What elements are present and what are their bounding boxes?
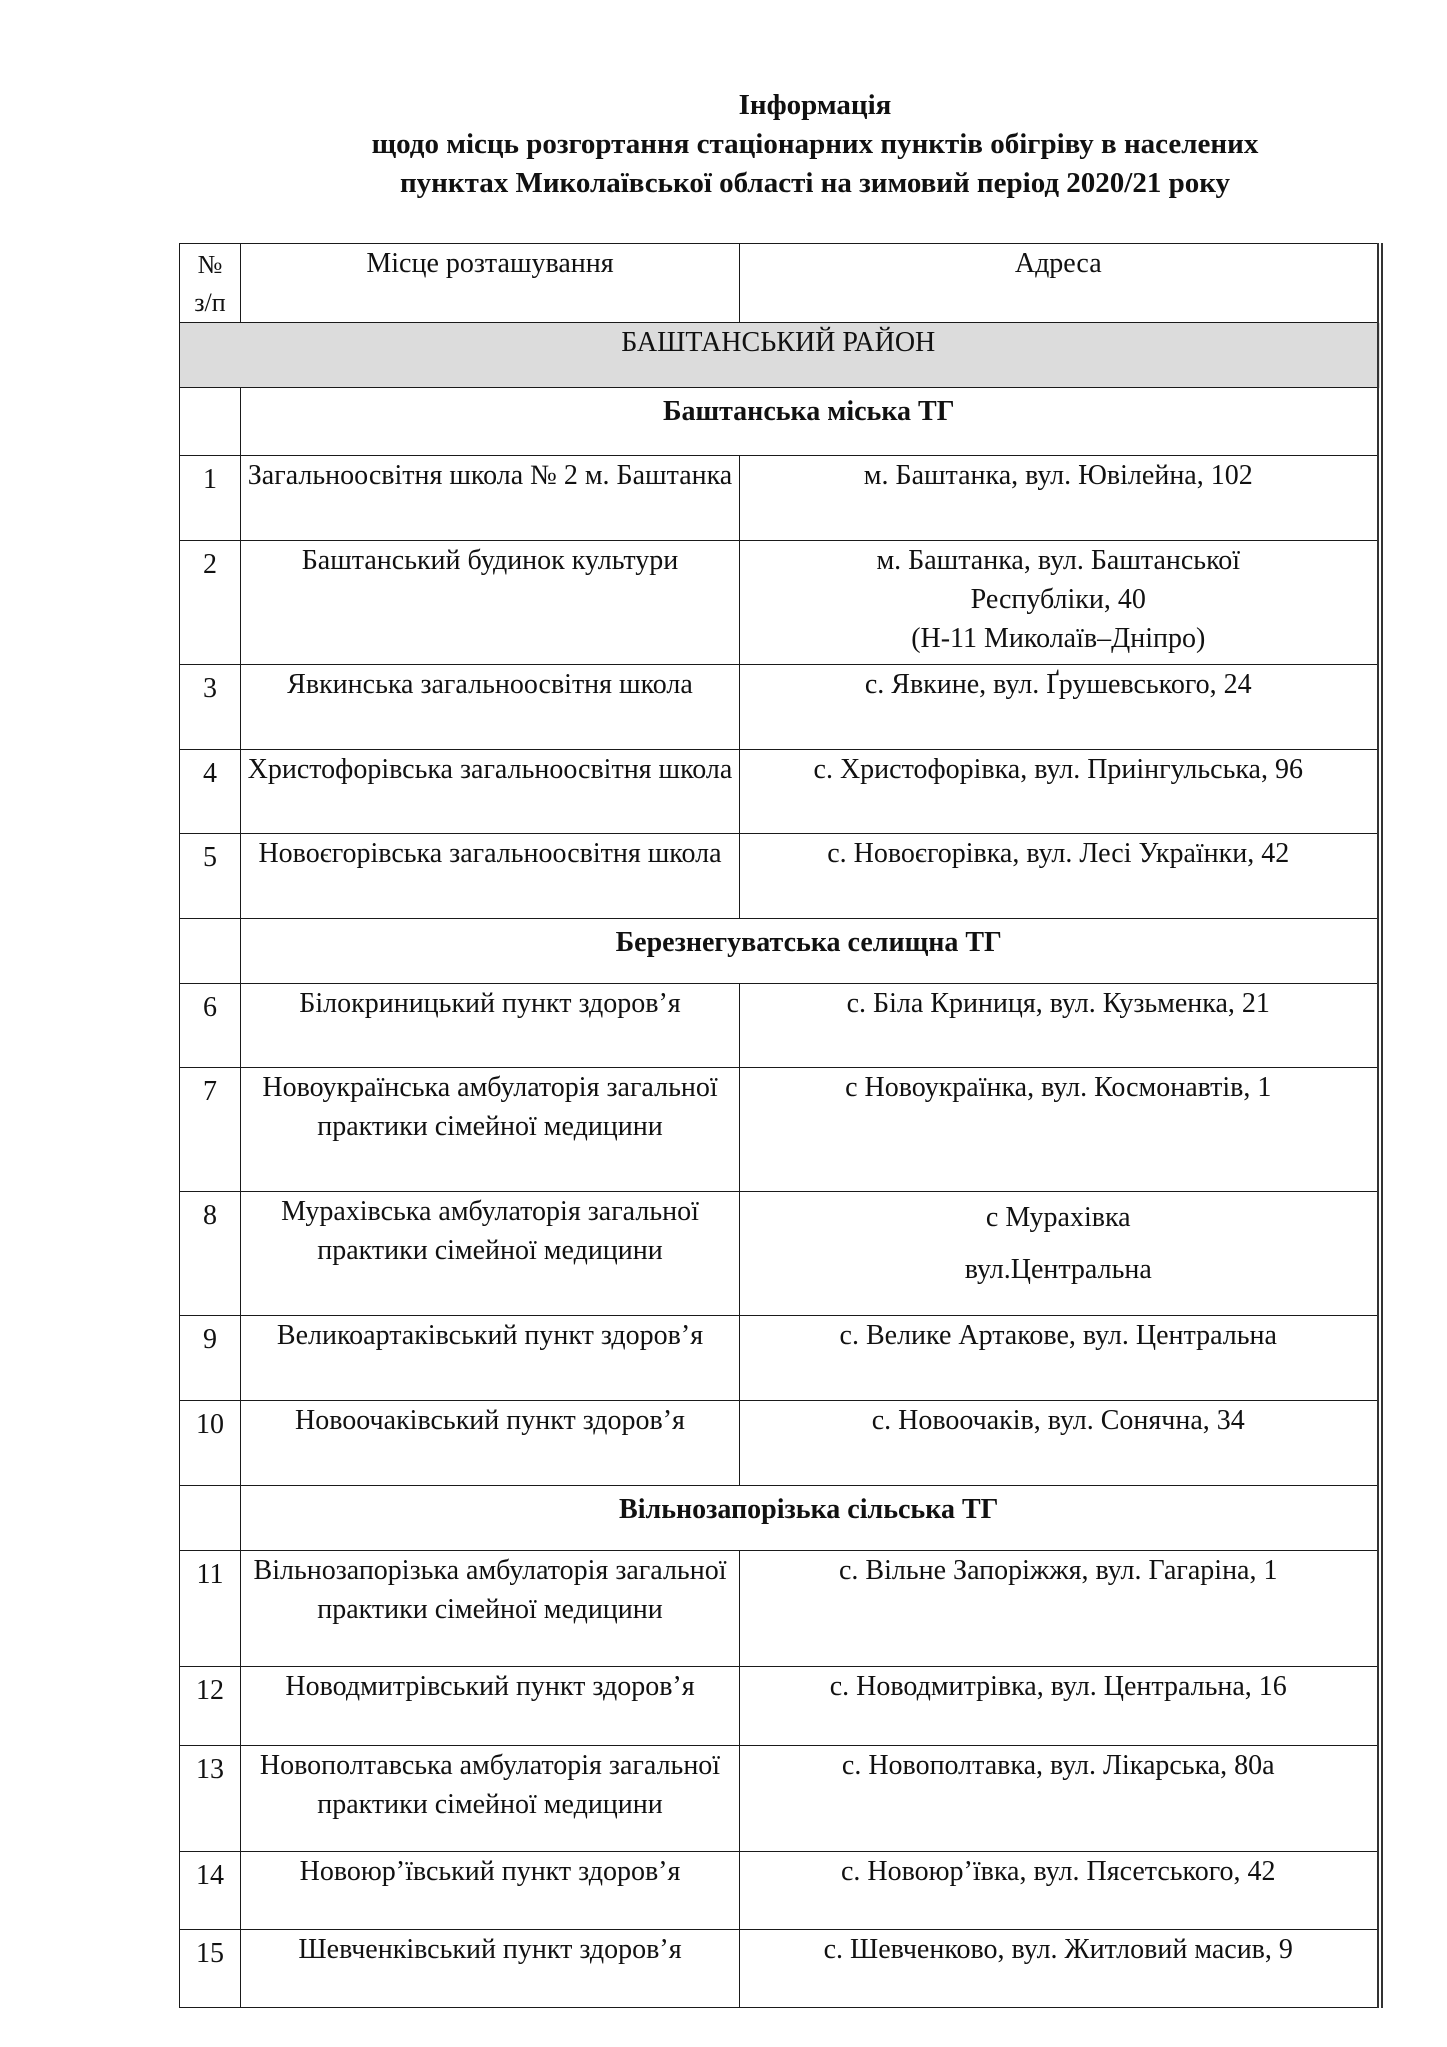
table-row: 7Новоукраїнська амбулаторія загальної пр… [180,1068,1380,1192]
row-address: м. Баштанка, вул. Ювілейна, 102 [740,456,1380,541]
address-line: с. Явкине, вул. Ґрушевського, 24 [746,665,1371,704]
table-row: 1Загальноосвітня школа № 2 м. Баштанкам.… [180,456,1380,541]
address-line: с Мурахівка [746,1192,1371,1244]
address-line: с. Новоочаків, вул. Сонячна, 34 [746,1401,1371,1440]
row-address: м. Баштанка, вул. БаштанськоїРеспубліки,… [740,541,1380,665]
header-address: Адреса [740,244,1380,323]
row-place: Вільнозапорізька амбулаторія загальної п… [241,1551,740,1667]
row-address: с. Новодмитрівка, вул. Центральна, 16 [740,1667,1380,1746]
table-row: 4Христофорівська загальноосвітня школас.… [180,750,1380,834]
address-line: с. Новоєгорівка, вул. Лесі Українки, 42 [746,834,1371,873]
row-address: с. Шевченково, вул. Житловий масив, 9 [740,1930,1380,2008]
community-row: Березнегуватська селищна ТГ [180,919,1380,984]
community-number-empty [180,1486,241,1551]
community-row: Вільнозапорізька сільська ТГ [180,1486,1380,1551]
row-place: Новодмитрівський пункт здоров’я [241,1667,740,1746]
row-number: 4 [180,750,241,834]
row-address: с. Христофорівка, вул. Приінгульська, 96 [740,750,1380,834]
address-line: (Н-11 Миколаїв–Дніпро) [746,619,1371,658]
address-line: с. Новополтавка, вул. Лікарська, 80а [746,1746,1371,1785]
row-place: Загальноосвітня школа № 2 м. Баштанка [241,456,740,541]
document-title: Інформація щодо місць розгортання стаціо… [180,86,1380,203]
row-number: 12 [180,1667,241,1746]
address-line: м. Баштанка, вул. Ювілейна, 102 [746,456,1371,495]
address-line: с. Біла Криниця, вул. Кузьменка, 21 [746,984,1371,1023]
row-place: Новоєгорівська загальноосвітня школа [241,834,740,919]
table-row: 15Шевченківський пункт здоров’яс. Шевчен… [180,1930,1380,2008]
header-number-symbol: № [180,246,240,284]
table-row: 9Великоартаківський пункт здоров’яс. Вел… [180,1316,1380,1401]
row-address: с. Новоюр’ївка, вул. Пясетського, 42 [740,1852,1380,1930]
row-address: с. Новоочаків, вул. Сонячна, 34 [740,1401,1380,1486]
row-number: 15 [180,1930,241,2008]
table-row: 13Новополтавська амбулаторія загальної п… [180,1746,1380,1852]
title-line-1: Інформація [180,86,1380,125]
community-name: Вільнозапорізька сільська ТГ [241,1486,1380,1551]
row-place: Великоартаківський пункт здоров’я [241,1316,740,1401]
title-line-3: пунктах Миколаївської області на зимовий… [180,164,1380,203]
row-number: 8 [180,1192,241,1316]
header-place: Місце розташування [241,244,740,323]
header-number: № з/п [180,244,241,323]
row-place: Новоюр’ївський пункт здоров’я [241,1852,740,1930]
table-row: 3Явкинська загальноосвітня школас. Явкин… [180,665,1380,750]
row-place: Баштанський будинок культури [241,541,740,665]
community-row: Баштанська міська ТГ [180,388,1380,456]
community-number-empty [180,388,241,456]
row-address: с Мурахівкавул.Центральна [740,1192,1380,1316]
community-name: Баштанська міська ТГ [241,388,1380,456]
heating-points-table: № з/п Місце розташування Адреса БАШТАНСЬ… [179,243,1383,2008]
row-address: с. Явкине, вул. Ґрушевського, 24 [740,665,1380,750]
header-number-abbrev: з/п [180,284,240,322]
row-number: 13 [180,1746,241,1852]
row-address: с Новоукраїнка, вул. Космонавтів, 1 [740,1068,1380,1192]
row-address: с. Новоєгорівка, вул. Лесі Українки, 42 [740,834,1380,919]
row-number: 11 [180,1551,241,1667]
row-place: Христофорівська загальноосвітня школа [241,750,740,834]
row-address: с. Новополтавка, вул. Лікарська, 80а [740,1746,1380,1852]
address-line: с. Новоюр’ївка, вул. Пясетського, 42 [746,1852,1371,1891]
address-line: вул.Центральна [746,1244,1371,1296]
title-line-2: щодо місць розгортання стаціонарних пунк… [180,125,1380,164]
row-address: с. Велике Артакове, вул. Центральна [740,1316,1380,1401]
table-row: 14Новоюр’ївський пункт здоров’яс. Новоюр… [180,1852,1380,1930]
address-line: м. Баштанка, вул. Баштанської [746,541,1371,580]
row-place: Новополтавська амбулаторія загальної пра… [241,1746,740,1852]
community-name: Березнегуватська селищна ТГ [241,919,1380,984]
row-place: Білокриницький пункт здоров’я [241,984,740,1068]
address-line: с. Новодмитрівка, вул. Центральна, 16 [746,1667,1371,1706]
address-line: с. Шевченково, вул. Житловий масив, 9 [746,1930,1371,1969]
address-line: с Новоукраїнка, вул. Космонавтів, 1 [746,1068,1371,1107]
table-row: 12Новодмитрівський пункт здоров’яс. Ново… [180,1667,1380,1746]
row-number: 2 [180,541,241,665]
community-number-empty [180,919,241,984]
table-row: 6Білокриницький пункт здоров’яс. Біла Кр… [180,984,1380,1068]
address-line: Республіки, 40 [746,580,1371,619]
row-number: 3 [180,665,241,750]
address-line: с. Христофорівка, вул. Приінгульська, 96 [746,750,1371,789]
table-row: 2Баштанський будинок культурим. Баштанка… [180,541,1380,665]
row-place: Шевченківський пункт здоров’я [241,1930,740,2008]
row-number: 5 [180,834,241,919]
table-row: 11Вільнозапорізька амбулаторія загальної… [180,1551,1380,1667]
row-number: 1 [180,456,241,541]
row-number: 9 [180,1316,241,1401]
row-number: 6 [180,984,241,1068]
address-line: с. Вільне Запоріжжя, вул. Гагаріна, 1 [746,1551,1371,1590]
address-line: с. Велике Артакове, вул. Центральна [746,1316,1371,1355]
district-row: БАШТАНСЬКИЙ РАЙОН [180,323,1380,388]
row-place: Мурахівська амбулаторія загальної практи… [241,1192,740,1316]
table-row: 5Новоєгорівська загальноосвітня школас. … [180,834,1380,919]
row-number: 14 [180,1852,241,1930]
row-number: 10 [180,1401,241,1486]
row-address: с. Вільне Запоріжжя, вул. Гагаріна, 1 [740,1551,1380,1667]
table-header-row: № з/п Місце розташування Адреса [180,244,1380,323]
table-row: 8Мурахівська амбулаторія загальної практ… [180,1192,1380,1316]
row-address: с. Біла Криниця, вул. Кузьменка, 21 [740,984,1380,1068]
district-name: БАШТАНСЬКИЙ РАЙОН [180,323,1380,388]
table-row: 10Новоочаківський пункт здоров’яс. Новоо… [180,1401,1380,1486]
row-place: Новоочаківський пункт здоров’я [241,1401,740,1486]
row-place: Новоукраїнська амбулаторія загальної пра… [241,1068,740,1192]
row-number: 7 [180,1068,241,1192]
row-place: Явкинська загальноосвітня школа [241,665,740,750]
